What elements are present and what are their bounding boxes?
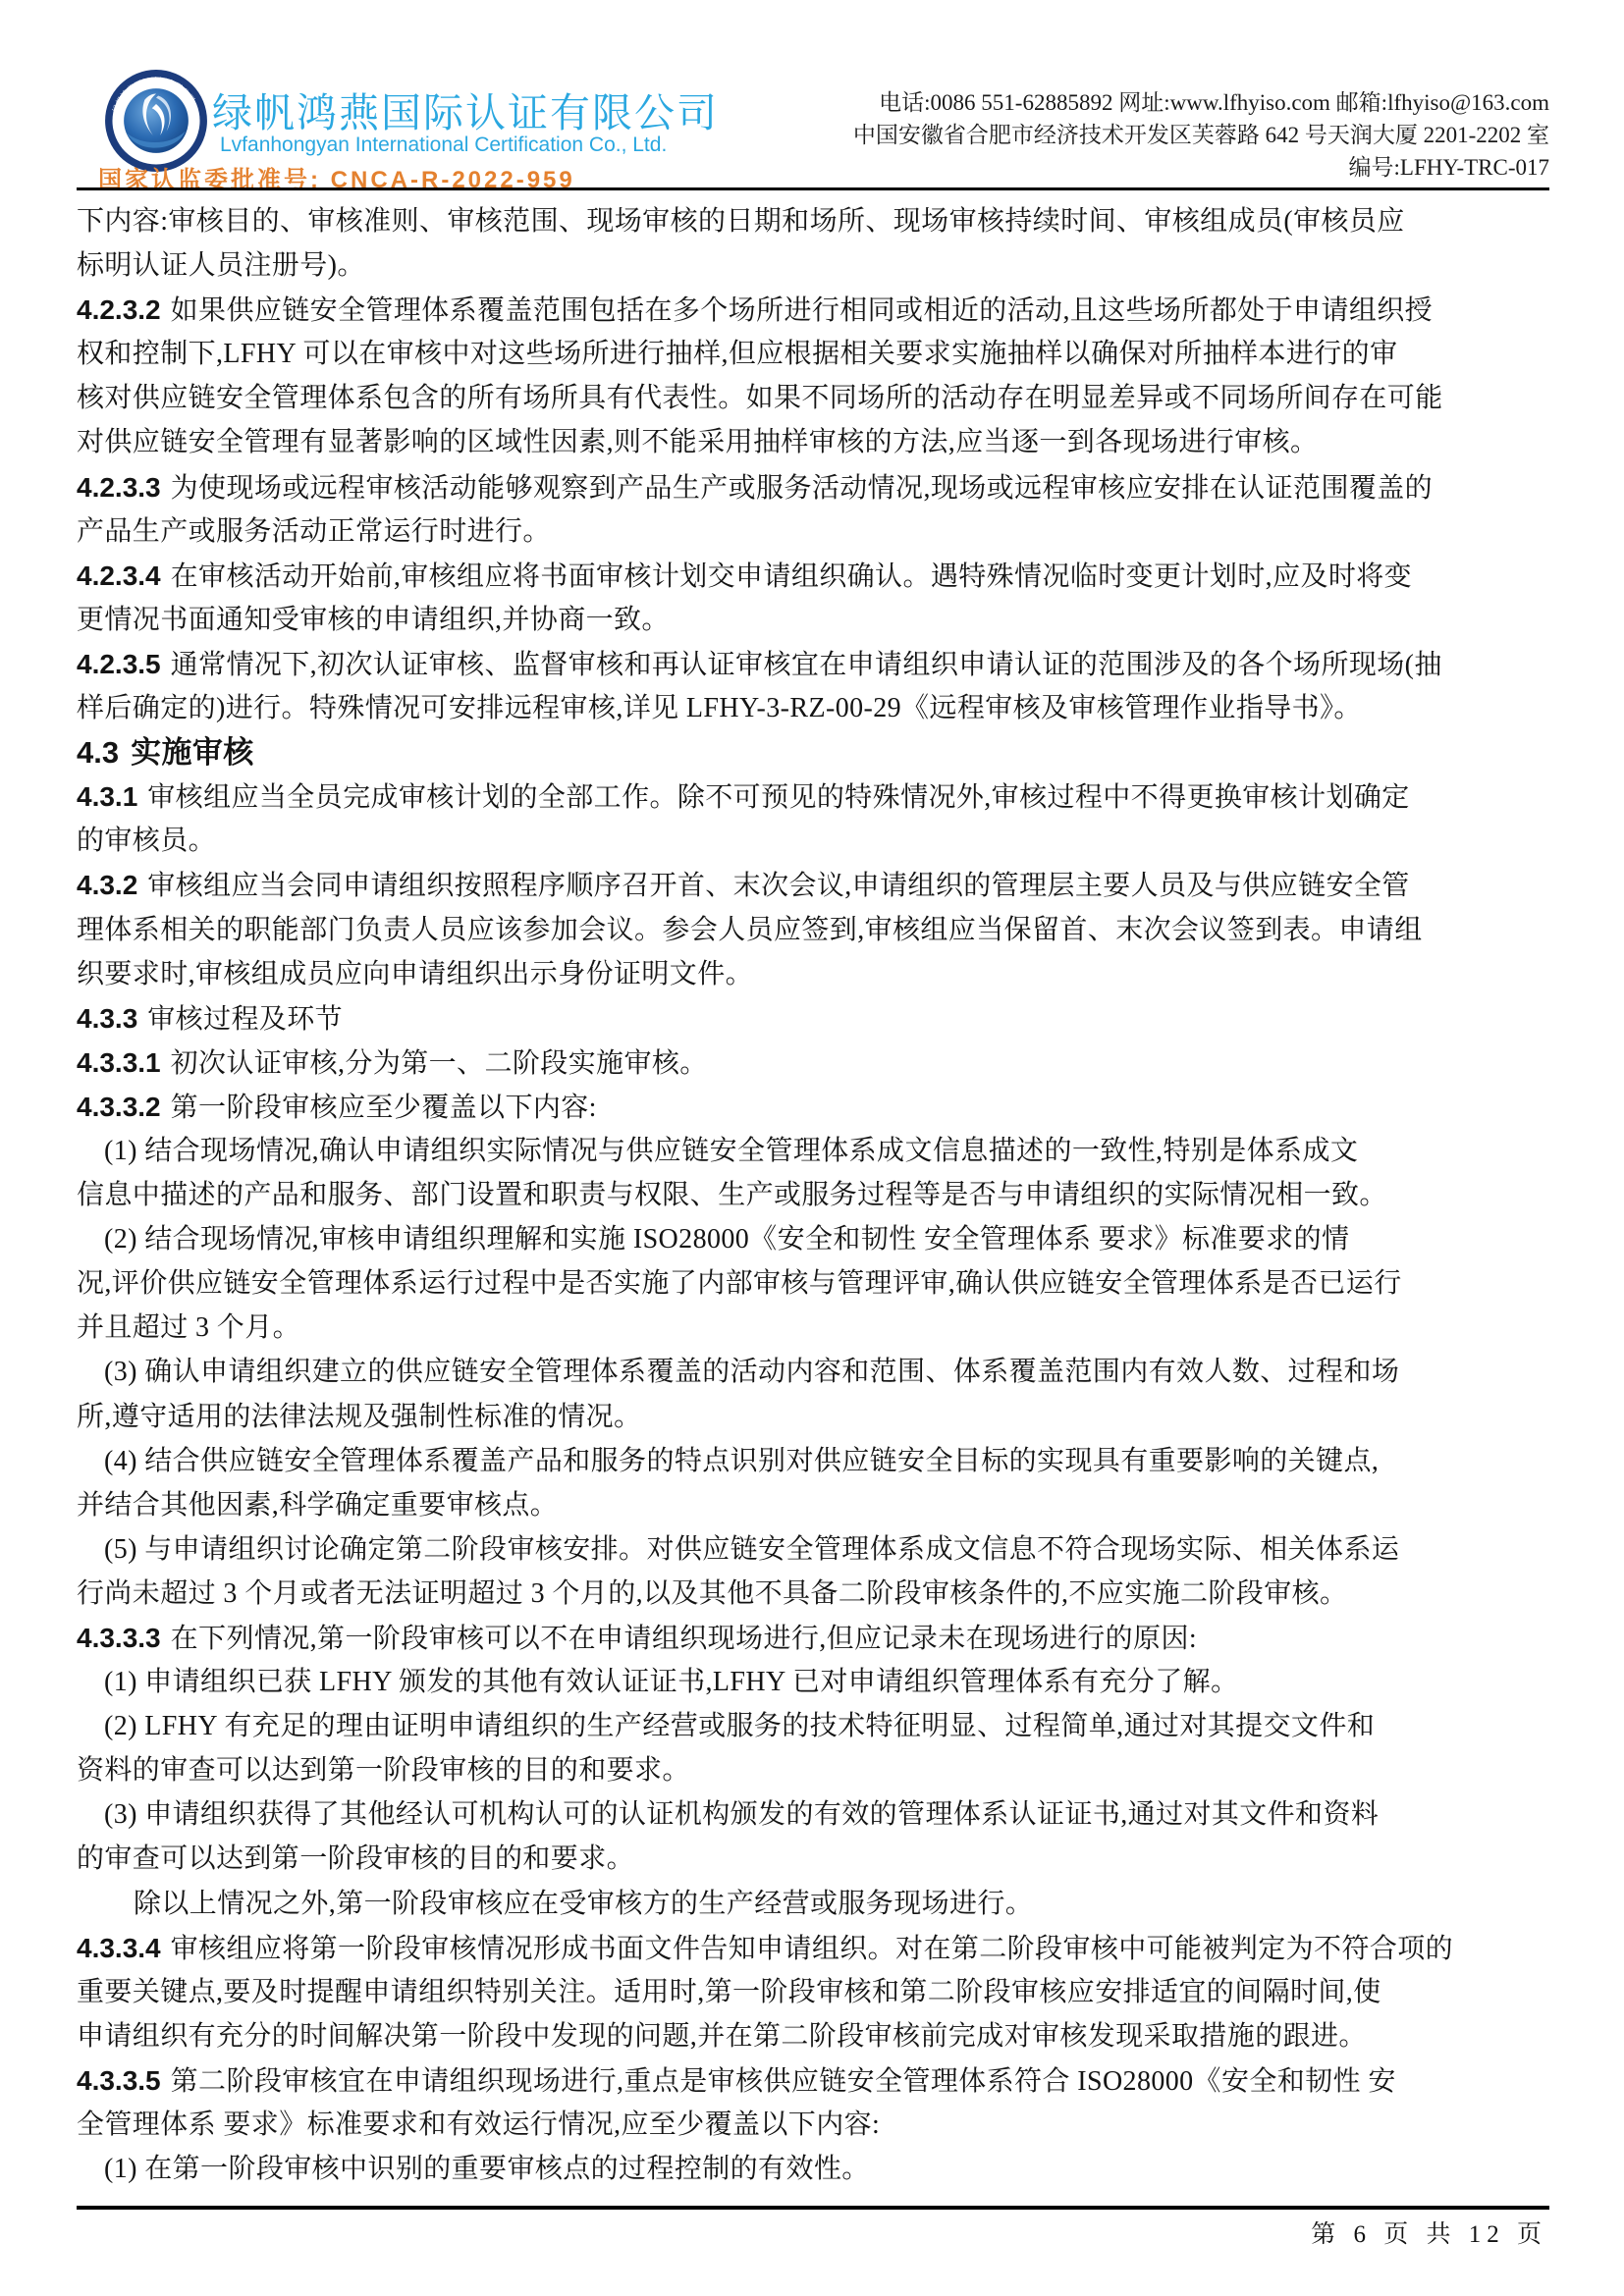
- clause-number: 4.3: [77, 735, 119, 770]
- body-line: 4.2.3.4在审核活动开始前,审核组应将书面审核计划交申请组织确认。遇特殊情况…: [77, 554, 1549, 598]
- page-number: 第 6 页 共 12 页: [1311, 2215, 1547, 2250]
- doc-number: 编号:LFHY-TRC-017: [853, 151, 1549, 184]
- line-text: 核对供应链安全管理体系包含的所有场所具有代表性。如果不同场所的活动存在明显差异或…: [77, 383, 1443, 413]
- line-text: 第一阶段审核应至少覆盖以下内容:: [171, 1093, 597, 1123]
- body-line: 的审查可以达到第一阶段审核的目的和要求。: [77, 1837, 1549, 1881]
- line-text: 重要关键点,要及时提醒申请组织特别关注。适用时,第一阶段审核和第二阶段审核应安排…: [77, 1977, 1381, 2007]
- body-line: 资料的审查可以达到第一阶段审核的目的和要求。: [77, 1748, 1549, 1792]
- line-text: 标明认证人员注册号)。: [77, 250, 365, 281]
- line-text: 下内容:审核目的、审核准则、审核范围、现场审核的日期和场所、现场审核持续时间、审…: [77, 206, 1405, 237]
- body-line: 4.3.1审核组应当全员完成审核计划的全部工作。除不可预见的特殊情况外,审核过程…: [77, 774, 1549, 819]
- company-name-zh: 绿帆鸿燕国际认证有限公司: [212, 80, 719, 138]
- line-text: 实施审核: [131, 735, 254, 770]
- clause-number: 4.3.3.4: [77, 1933, 161, 1963]
- body-line: (1) 申请组织已获 LFHY 颁发的其他有效认证证书,LFHY 已对申请组织管…: [77, 1660, 1549, 1704]
- company-name-en: Lvfanhongyan International Certification…: [220, 133, 667, 157]
- line-text: (1) 结合现场情况,确认申请组织实际情况与供应链安全管理体系成文信息描述的一致…: [104, 1136, 1358, 1166]
- header-divider: [77, 187, 1549, 190]
- line-text: (1) 在第一阶段审核中识别的重要审核点的过程控制的有效性。: [104, 2154, 870, 2184]
- body-line: 4.2.3.3为使现场或远程审核活动能够观察到产品生产或服务活动情况,现场或远程…: [77, 465, 1549, 509]
- line-text: 审核过程及环节: [147, 1004, 343, 1035]
- body-line: 4.3.3.3在下列情况,第一阶段审核可以不在申请组织现场进行,但应记录未在现场…: [77, 1616, 1549, 1660]
- clause-number: 4.3.2: [77, 870, 137, 900]
- body-line: 全管理体系 要求》标准要求和有效运行情况,应至少覆盖以下内容:: [77, 2103, 1549, 2147]
- body-line: 4.3.3.1初次认证审核,分为第一、二阶段实施审核。: [77, 1041, 1549, 1085]
- body-line: 4.3.3.2第一阶段审核应至少覆盖以下内容:: [77, 1085, 1549, 1129]
- section-heading: 4.3实施审核: [77, 730, 1549, 774]
- line-text: (2) LFHY 有充足的理由证明申请组织的生产经营或服务的技术特征明显、过程简…: [104, 1711, 1375, 1741]
- clause-number: 4.2.3.4: [77, 561, 161, 591]
- body-line: 样后确定的)进行。特殊情况可安排远程审核,详见 LFHY-3-RZ-00-29《…: [77, 686, 1549, 730]
- body-line: 4.2.3.2如果供应链安全管理体系覆盖范围包括在多个场所进行相同或相近的活动,…: [77, 288, 1549, 332]
- line-text: (3) 确认申请组织建立的供应链安全管理体系覆盖的活动内容和范围、体系覆盖范围内…: [104, 1357, 1399, 1387]
- line-text: 通常情况下,初次认证审核、监督审核和再认证审核宜在申请组织申请认证的范围涉及的各…: [171, 650, 1442, 680]
- body-line: 核对供应链安全管理体系包含的所有场所具有代表性。如果不同场所的活动存在明显差异或…: [77, 376, 1549, 420]
- clause-number: 4.3.3.3: [77, 1623, 161, 1653]
- body-line: 4.3.3.5第二阶段审核宜在申请组织现场进行,重点是审核供应链安全管理体系符合…: [77, 2058, 1549, 2103]
- body-line: (2) 结合现场情况,审核申请组织理解和实施 ISO28000《安全和韧性 安全…: [77, 1217, 1549, 1261]
- clause-number: 4.2.3.2: [77, 294, 161, 325]
- line-text: 如果供应链安全管理体系覆盖范围包括在多个场所进行相同或相近的活动,且这些场所都处…: [171, 295, 1433, 326]
- body-line: (3) 确认申请组织建立的供应链安全管理体系覆盖的活动内容和范围、体系覆盖范围内…: [77, 1350, 1549, 1394]
- line-text: (5) 与申请组织讨论确定第二阶段审核安排。对供应链安全管理体系成文信息不符合现…: [104, 1534, 1399, 1565]
- line-text: 第二阶段审核宜在申请组织现场进行,重点是审核供应链安全管理体系符合 ISO280…: [171, 2066, 1396, 2097]
- body-line: 除以上情况之外,第一阶段审核应在受审核方的生产经营或服务现场进行。: [77, 1882, 1549, 1926]
- body-line: 所,遵守适用的法律法规及强制性标准的情况。: [77, 1395, 1549, 1439]
- line-text: 审核组应当会同申请组织按照程序顺序召开首、末次会议,申请组织的管理层主要人员及与…: [147, 871, 1409, 901]
- clause-number: 4.3.1: [77, 781, 137, 812]
- body-line: (5) 与申请组织讨论确定第二阶段审核安排。对供应链安全管理体系成文信息不符合现…: [77, 1527, 1549, 1572]
- clause-number: 4.2.3.5: [77, 649, 161, 679]
- body-line: 织要求时,审核组成员应向申请组织出示身份证明文件。: [77, 952, 1549, 996]
- clause-number: 4.3.3: [77, 1003, 137, 1034]
- body-line: (2) LFHY 有充足的理由证明申请组织的生产经营或服务的技术特征明显、过程简…: [77, 1704, 1549, 1748]
- body-line: 产品生产或服务活动正常运行时进行。: [77, 509, 1549, 554]
- line-text: 的审查可以达到第一阶段审核的目的和要求。: [77, 1843, 634, 1874]
- body-line: 况,评价供应链安全管理体系运行过程中是否实施了内部审核与管理评审,确认供应链安全…: [77, 1261, 1549, 1306]
- body-line: (4) 结合供应链安全管理体系覆盖产品和服务的特点识别对供应链安全目标的实现具有…: [77, 1439, 1549, 1483]
- line-text: 的审核员。: [77, 826, 216, 856]
- line-text: 行尚未超过 3 个月或者无法证明超过 3 个月的,以及其他不具备二阶段审核条件的…: [77, 1578, 1347, 1609]
- line-text: 况,评价供应链安全管理体系运行过程中是否实施了内部审核与管理评审,确认供应链安全…: [77, 1268, 1402, 1299]
- body-line: 4.2.3.5通常情况下,初次认证审核、监督审核和再认证审核宜在申请组织申请认证…: [77, 642, 1549, 686]
- line-text: 权和控制下,LFHY 可以在审核中对这些场所进行抽样,但应根据相关要求实施抽样以…: [77, 339, 1397, 369]
- body-line: 信息中描述的产品和服务、部门设置和职责与权限、生产或服务过程等是否与申请组织的实…: [77, 1173, 1549, 1217]
- body-line: 理体系相关的职能部门负责人员应该参加会议。参会人员应签到,审核组应当保留首、末次…: [77, 908, 1549, 952]
- document-page: 绿帆鸿燕国际认证有限公司 LVFANHONGYAN INTERNATIONAL …: [0, 0, 1624, 2296]
- line-text: 在审核活动开始前,审核组应将书面审核计划交申请组织确认。遇特殊情况临时变更计划时…: [171, 561, 1412, 592]
- line-text: 样后确定的)进行。特殊情况可安排远程审核,详见 LFHY-3-RZ-00-29《…: [77, 693, 1362, 723]
- company-logo: 绿帆鸿燕国际认证有限公司 LVFANHONGYAN INTERNATIONAL …: [104, 69, 208, 173]
- line-text: (1) 申请组织已获 LFHY 颁发的其他有效认证证书,LFHY 已对申请组织管…: [104, 1667, 1238, 1697]
- clause-number: 4.3.3.5: [77, 2065, 161, 2096]
- contact-line-phone-web-email: 电话:0086 551-62885892 网址:www.lfhyiso.com …: [853, 86, 1549, 119]
- body-line: 权和控制下,LFHY 可以在审核中对这些场所进行抽样,但应根据相关要求实施抽样以…: [77, 332, 1549, 376]
- body-line: 申请组织有充分的时间解决第一阶段中发现的问题,并在第二阶段审核前完成对审核发现采…: [77, 2014, 1549, 2058]
- body-lines: 下内容:审核目的、审核准则、审核范围、现场审核的日期和场所、现场审核持续时间、审…: [77, 199, 1549, 2191]
- contact-block: 电话:0086 551-62885892 网址:www.lfhyiso.com …: [853, 86, 1549, 184]
- line-text: (2) 结合现场情况,审核申请组织理解和实施 ISO28000《安全和韧性 安全…: [104, 1224, 1349, 1255]
- line-text: 资料的审查可以达到第一阶段审核的目的和要求。: [77, 1755, 690, 1786]
- body-line: 重要关键点,要及时提醒申请组织特别关注。适用时,第一阶段审核和第二阶段审核应安排…: [77, 1970, 1549, 2014]
- line-text: 申请组织有充分的时间解决第一阶段中发现的问题,并在第二阶段审核前完成对审核发现采…: [77, 2021, 1367, 2052]
- body-line: 对供应链安全管理有显著影响的区域性因素,则不能采用抽样审核的方法,应当逐一到各现…: [77, 420, 1549, 464]
- line-text: 初次认证审核,分为第一、二阶段实施审核。: [171, 1048, 708, 1079]
- line-text: 信息中描述的产品和服务、部门设置和职责与权限、生产或服务过程等是否与申请组织的实…: [77, 1180, 1387, 1210]
- body-line: 并结合其他因素,科学确定重要审核点。: [77, 1483, 1549, 1527]
- line-text: (4) 结合供应链安全管理体系覆盖产品和服务的特点识别对供应链安全目标的实现具有…: [104, 1446, 1379, 1476]
- line-text: 并且超过 3 个月。: [77, 1312, 300, 1343]
- body-line: 的审核员。: [77, 819, 1549, 863]
- contact-line-address: 中国安徽省合肥市经济技术开发区芙蓉路 642 号天润大厦 2201-2202 室: [853, 119, 1549, 151]
- clause-number: 4.3.3.1: [77, 1047, 161, 1078]
- line-text: 并结合其他因素,科学确定重要审核点。: [77, 1490, 558, 1521]
- line-text: 审核组应当全员完成审核计划的全部工作。除不可预见的特殊情况外,审核过程中不得更换…: [147, 782, 1409, 813]
- body-line: 4.3.2审核组应当会同申请组织按照程序顺序召开首、末次会议,申请组织的管理层主…: [77, 863, 1549, 907]
- body-line: 标明认证人员注册号)。: [77, 243, 1549, 288]
- body-line: 并且超过 3 个月。: [77, 1306, 1549, 1350]
- body-line: (1) 结合现场情况,确认申请组织实际情况与供应链安全管理体系成文信息描述的一致…: [77, 1129, 1549, 1173]
- footer-divider: [77, 2206, 1549, 2210]
- body-line: 下内容:审核目的、审核准则、审核范围、现场审核的日期和场所、现场审核持续时间、审…: [77, 199, 1549, 243]
- body-line: (1) 在第一阶段审核中识别的重要审核点的过程控制的有效性。: [77, 2147, 1549, 2191]
- line-text: 产品生产或服务活动正常运行时进行。: [77, 516, 551, 547]
- line-text: 审核组应将第一阶段审核情况形成书面文件告知申请组织。对在第二阶段审核中可能被判定…: [171, 1934, 1453, 1964]
- body-line: 行尚未超过 3 个月或者无法证明超过 3 个月的,以及其他不具备二阶段审核条件的…: [77, 1572, 1549, 1616]
- line-text: 除以上情况之外,第一阶段审核应在受审核方的生产经营或服务现场进行。: [134, 1889, 1033, 1919]
- clause-number: 4.2.3.3: [77, 472, 161, 503]
- line-text: 在下列情况,第一阶段审核可以不在申请组织现场进行,但应记录未在现场进行的原因:: [171, 1624, 1197, 1654]
- body-line: 4.3.3.4审核组应将第一阶段审核情况形成书面文件告知申请组织。对在第二阶段审…: [77, 1926, 1549, 1970]
- line-text: 织要求时,审核组成员应向申请组织出示身份证明文件。: [77, 959, 753, 989]
- body-line: (3) 申请组织获得了其他经认可机构认可的认证机构颁发的有效的管理体系认证证书,…: [77, 1792, 1549, 1837]
- body-line: 更情况书面通知受审核的申请组织,并协商一致。: [77, 598, 1549, 642]
- body-line: 4.3.3审核过程及环节: [77, 996, 1549, 1041]
- line-text: 所,遵守适用的法律法规及强制性标准的情况。: [77, 1402, 641, 1432]
- line-text: 理体系相关的职能部门负责人员应该参加会议。参会人员应签到,审核组应当保留首、末次…: [77, 915, 1423, 945]
- line-text: (3) 申请组织获得了其他经认可机构认可的认证机构颁发的有效的管理体系认证证书,…: [104, 1799, 1379, 1830]
- document-body: 下内容:审核目的、审核准则、审核范围、现场审核的日期和场所、现场审核持续时间、审…: [77, 199, 1549, 2191]
- line-text: 对供应链安全管理有显著影响的区域性因素,则不能采用抽样审核的方法,应当逐一到各现…: [77, 427, 1318, 457]
- clause-number: 4.3.3.2: [77, 1092, 161, 1122]
- line-text: 为使现场或远程审核活动能够观察到产品生产或服务活动情况,现场或远程审核应安排在认…: [171, 473, 1433, 504]
- line-text: 更情况书面通知受审核的申请组织,并协商一致。: [77, 605, 670, 635]
- line-text: 全管理体系 要求》标准要求和有效运行情况,应至少覆盖以下内容:: [77, 2109, 880, 2140]
